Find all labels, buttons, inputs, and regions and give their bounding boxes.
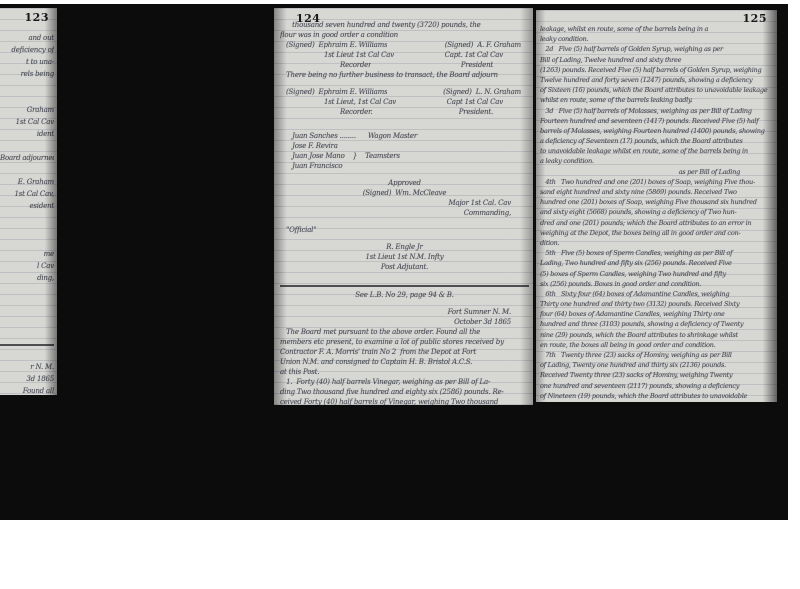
handwritten-line: to unavoidable leakage whilst en route, …: [540, 146, 774, 156]
handwritten-line: deficiency of: [0, 44, 54, 56]
handwritten-line: "Official": [280, 225, 529, 235]
handwritten-line: hundred one (201) boxes of Soap, weighin…: [540, 197, 774, 207]
handwritten-line: [280, 235, 529, 242]
handwritten-line: t to una-: [0, 56, 54, 68]
handwritten-line: ding Two thousand five hundred and eight…: [280, 387, 529, 397]
handwritten-line: nine (29) pounds, which the Board attrib…: [540, 330, 774, 340]
handwritten-line: Juan Sanches ........ Wagon Master: [280, 131, 529, 141]
handwritten-line: of Sixteen (16) pounds, which the Board …: [540, 85, 774, 95]
page-number-123: 123: [25, 11, 49, 24]
handwritten-line: [0, 92, 54, 104]
handwritten-line: four (64) boxes of Adamantine Candles, w…: [540, 309, 774, 319]
handwritten-line: and sixty eight (5668) pounds, showing a…: [540, 207, 774, 217]
handwritten-line: Juan Jose Mano } Teamsters: [280, 151, 529, 161]
handwritten-line: 1. Forty (40) half barrels Vinegar, weig…: [280, 377, 529, 387]
handwritten-line: dred and one (201) pounds; which the Boa…: [540, 218, 774, 228]
handwritten-line: Fort Sumner N. M.: [280, 307, 529, 317]
handwritten-line: dition.: [540, 238, 774, 248]
handwritten-line: [280, 300, 529, 307]
handwritten-line: [280, 279, 529, 287]
page-124-handwriting: thousand seven hundred and twenty (3720)…: [280, 20, 529, 405]
handwritten-line: R. Engle Jr: [280, 242, 529, 252]
handwritten-line: a leaky condition.: [540, 156, 774, 166]
handwritten-line: leaky condition.: [540, 34, 774, 44]
page-123-fragment: 123 and outdeficiency oft to una-rels be…: [0, 8, 57, 395]
handwritten-line: rels being: [0, 68, 54, 80]
handwritten-line: and out: [0, 32, 54, 44]
handwritten-line: See L.B. No 29, page 94 & B.: [280, 290, 529, 300]
handwritten-line: [280, 171, 529, 178]
handwritten-line: [280, 117, 529, 124]
handwritten-line: 3d 1865: [0, 373, 54, 385]
handwritten-line: The Board met pursuant to the above orde…: [280, 327, 529, 337]
handwritten-line: leakage, whilst en route, some of the ba…: [540, 24, 774, 34]
handwritten-line: 3d Five (5) half barrels of Molasses, we…: [540, 106, 774, 116]
handwritten-line: (Signed) Ephraim E. Williams(Signed) A. …: [280, 40, 529, 50]
handwritten-line: weighing at the Depot, the boxes being a…: [540, 228, 774, 238]
handwritten-line: l Cav: [0, 260, 54, 272]
handwritten-line: one hundred and seventeen (2117) pounds,…: [540, 381, 774, 391]
handwritten-line: 1st Lieut 1st N.M. Infty: [280, 252, 529, 262]
handwritten-line: 6th Sixty four (64) boxes of Adamantine …: [540, 289, 774, 299]
handwritten-line: thousand seven hundred and twenty (3720)…: [280, 20, 529, 30]
handwritten-line: (Signed) Ephraim E. Williams(Signed) L. …: [280, 87, 529, 97]
handwritten-line: RecorderPresident: [280, 60, 529, 70]
handwritten-line: (5) boxes of Sperm Candles, weighing Two…: [540, 269, 774, 279]
handwritten-line: ident: [0, 128, 54, 140]
handwritten-line: 4th Two hundred and one (201) boxes of S…: [540, 177, 774, 187]
page-125: 125 leakage, whilst en route, some of th…: [536, 10, 777, 402]
handwritten-line: 1st Lieut, 1st Cal CavCapt 1st Cal Cav: [280, 97, 529, 107]
handwritten-line: E. Graham: [0, 176, 54, 188]
handwritten-line: Approved: [280, 178, 529, 188]
handwritten-line: [0, 164, 54, 176]
handwritten-line: barrels of Molasses, weighing Fourteen h…: [540, 126, 774, 136]
handwritten-line: as per Bill of Lading: [540, 167, 774, 177]
handwritten-line: Found all: [0, 385, 54, 395]
handwritten-line: me: [0, 248, 54, 260]
handwritten-line: members etc present, to examine a lot of…: [280, 337, 529, 347]
handwritten-line: Post Adjutant.: [280, 262, 529, 272]
handwritten-line: [0, 236, 54, 248]
handwritten-line: Juan Francisco: [280, 161, 529, 171]
handwritten-line: [0, 349, 54, 361]
handwritten-line: Contractor F. A. Morris' train No 2 from…: [280, 347, 529, 357]
handwritten-line: of Lading, Twenty one hundred and thirty…: [540, 360, 774, 370]
handwritten-line: [280, 80, 529, 87]
handwritten-line: en route, the boxes all being in good or…: [540, 340, 774, 350]
handwritten-line: flour was in good order a condition: [280, 30, 529, 40]
handwritten-line: Lading, Two hundred and fifty six (256) …: [540, 258, 774, 268]
handwritten-line: Twelve hundred and forty seven (1247) po…: [540, 75, 774, 85]
handwritten-line: [0, 296, 54, 308]
handwritten-line: Graham: [0, 104, 54, 116]
handwritten-line: wastage whilst en route, some of the sac…: [540, 401, 774, 402]
handwritten-line: Board adjourned: [0, 152, 54, 164]
handwritten-line: [0, 80, 54, 92]
page-125-handwriting: leakage, whilst en route, some of the ba…: [540, 24, 774, 402]
handwritten-line: [0, 212, 54, 224]
handwritten-line: a deficiency of Seventeen (17) pounds, w…: [540, 136, 774, 146]
handwritten-line: six (256) pounds. Boxes in good order an…: [540, 279, 774, 289]
handwritten-line: hundred and three (3103) pounds, showing…: [540, 319, 774, 329]
handwritten-line: esident: [0, 200, 54, 212]
handwritten-line: [0, 140, 54, 152]
ledger-scan-screenshot: 123 and outdeficiency oft to una-rels be…: [0, 0, 800, 589]
handwritten-line: Thirty one hundred and thirty two (3132)…: [540, 299, 774, 309]
handwritten-line: [0, 332, 54, 346]
handwritten-line: [0, 284, 54, 296]
handwritten-line: Received Twenty three (23) sacks of Homi…: [540, 370, 774, 380]
handwritten-line: Bill of Lading, Twelve hundred and sixty…: [540, 55, 774, 65]
handwritten-line: 5th Five (5) boxes of Sperm Candles, wei…: [540, 248, 774, 258]
handwritten-line: [0, 224, 54, 236]
page-123-text-fragments: and outdeficiency oft to una-rels beingG…: [0, 32, 54, 395]
handwritten-line: Commanding,: [280, 208, 529, 218]
handwritten-line: Union N.M. and consigned to Captain H. B…: [280, 357, 529, 367]
handwritten-line: (1263) pounds. Received Five (5) half ba…: [540, 65, 774, 75]
handwritten-line: Recorder.President.: [280, 107, 529, 117]
handwritten-line: r N. M.: [0, 361, 54, 373]
handwritten-line: 1st Lieut 1st Cal CavCapt. 1st Cal Cav: [280, 50, 529, 60]
handwritten-line: [280, 124, 529, 131]
handwritten-line: [0, 320, 54, 332]
handwritten-line: (Signed) Wm. McCleave: [280, 188, 529, 198]
handwritten-line: Major 1st Cal. Cav: [280, 198, 529, 208]
handwritten-line: ceived Forty (40) half barrels of Vinega…: [280, 397, 529, 405]
handwritten-line: Fourteen hundred and seventeen (1417) po…: [540, 116, 774, 126]
handwritten-line: at this Post.: [280, 367, 529, 377]
handwritten-line: [280, 218, 529, 225]
handwritten-line: 7th Twenty three (23) sacks of Hominy, w…: [540, 350, 774, 360]
handwritten-line: There being no further business to trans…: [280, 70, 529, 80]
handwritten-line: of Nineteen (19) pounds, which the Board…: [540, 391, 774, 401]
handwritten-line: 2d Five (5) half barrels of Golden Syrup…: [540, 44, 774, 54]
handwritten-line: [280, 272, 529, 279]
handwritten-line: October 3d 1865: [280, 317, 529, 327]
handwritten-line: 1st Cal Cav: [0, 116, 54, 128]
handwritten-line: Jose F. Revira: [280, 141, 529, 151]
handwritten-line: whilst en route, some of the barrels lea…: [540, 95, 774, 105]
handwritten-line: ding,: [0, 272, 54, 284]
handwritten-line: 1st Cal Cav,: [0, 188, 54, 200]
page-124: 124 thousand seven hundred and twenty (3…: [274, 8, 533, 405]
handwritten-line: [0, 308, 54, 320]
handwritten-line: sand eight hundred and sixty nine (5869)…: [540, 187, 774, 197]
